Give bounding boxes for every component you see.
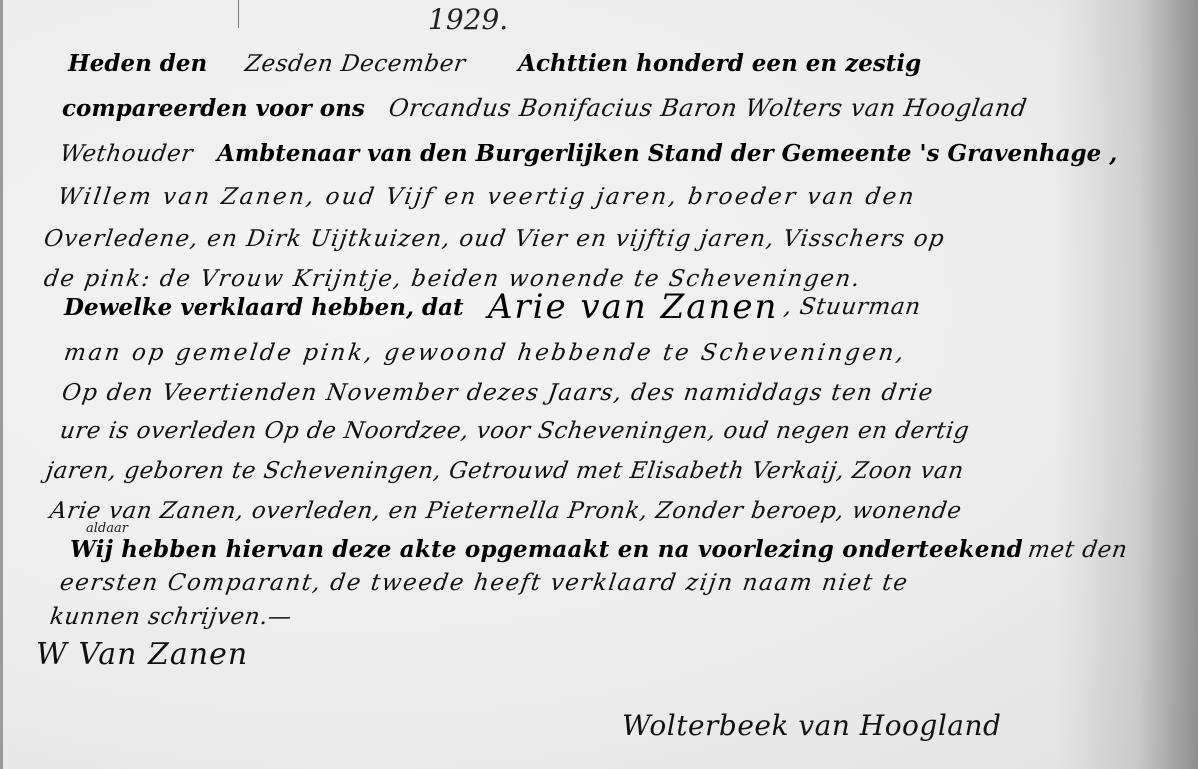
- record-line-9: Op den Veertienden November dezes Jaars,…: [62, 382, 934, 405]
- handwritten-text: jaren, geboren te Scheveningen, Getrouwd…: [44, 460, 965, 483]
- handwritten-title: Wethouder: [58, 143, 194, 166]
- printed-text: Wij hebben hiervan deze akte opgemaakt e…: [70, 538, 1023, 561]
- handwritten-text: kunnen schrijven.—: [48, 606, 293, 629]
- handwritten-text: man op gemelde pink, gewoond hebbende te…: [62, 342, 907, 365]
- printed-text: Dewelke verklaard hebben, dat: [64, 296, 464, 319]
- record-line-12: Arie van Zanen, overleden, en Pieternell…: [50, 500, 961, 523]
- handwritten-text: Willem van Zanen, oud Vijf en veertig ja…: [56, 186, 917, 209]
- printed-text: compareerden voor ons: [62, 97, 365, 120]
- handwritten-official-name: Orcandus Bonifacius Baron Wolters van Ho…: [387, 96, 1028, 120]
- interlinear-note: aldaar: [86, 522, 128, 535]
- handwritten-occupation: , Stuurman: [782, 296, 922, 319]
- record-line-14: eersten Comparant, de tweede heeft verkl…: [60, 572, 908, 595]
- record-line-3: Wethouder Ambtenaar van den Burgerlijken…: [60, 142, 1117, 166]
- record-line-13: Wij hebben hiervan deze akte opgemaakt e…: [70, 538, 1127, 562]
- record-line-4: Willem van Zanen, oud Vijf en veertig ja…: [58, 186, 916, 209]
- record-line-10: ure is overleden Op de Noordzee, voor Sc…: [60, 420, 969, 443]
- year-annotation: 1929.: [428, 6, 508, 34]
- page-edge: [0, 0, 3, 769]
- printed-text: Ambtenaar van den Burgerlijken Stand der…: [217, 142, 1117, 165]
- handwritten-date: Zesden December: [244, 53, 468, 76]
- record-line-11: jaren, geboren te Scheveningen, Getrouwd…: [46, 460, 964, 483]
- record-line-15: kunnen schrijven.—: [50, 606, 292, 629]
- printed-text: Heden den: [68, 52, 207, 75]
- record-line-8: man op gemelde pink, gewoond hebbende te…: [64, 342, 906, 365]
- scan-mark: [238, 0, 239, 28]
- record-line-2: compareerden voor ons Orcandus Bonifaciu…: [62, 96, 1027, 120]
- handwritten-text: Overledene, en Dirk Uijtkuizen, oud Vier…: [42, 228, 946, 251]
- declarant-signature: W Van Zanen: [36, 640, 248, 670]
- printed-year-words: Achttien honderd een en zestig: [518, 52, 921, 75]
- handwritten-text: ure is overleden Op de Noordzee, voor Sc…: [58, 420, 970, 443]
- handwritten-text: met den: [1026, 539, 1129, 562]
- record-line-7: Dewelke verklaard hebben, dat Arie van Z…: [64, 290, 920, 324]
- deceased-name: Arie van Zanen: [488, 290, 779, 324]
- record-line-1: Heden den Zesden December Achttien honde…: [68, 52, 921, 76]
- official-signature: Wolterbeek van Hoogland: [622, 712, 1001, 740]
- document-scan: 1929. Heden den Zesden December Achttien…: [0, 0, 1198, 769]
- handwritten-text: eersten Comparant, de tweede heeft verkl…: [58, 572, 910, 595]
- handwritten-text: Op den Veertienden November dezes Jaars,…: [60, 382, 935, 405]
- record-line-5: Overledene, en Dirk Uijtkuizen, oud Vier…: [44, 228, 945, 251]
- handwritten-text: Arie van Zanen, overleden, en Pieternell…: [48, 500, 963, 523]
